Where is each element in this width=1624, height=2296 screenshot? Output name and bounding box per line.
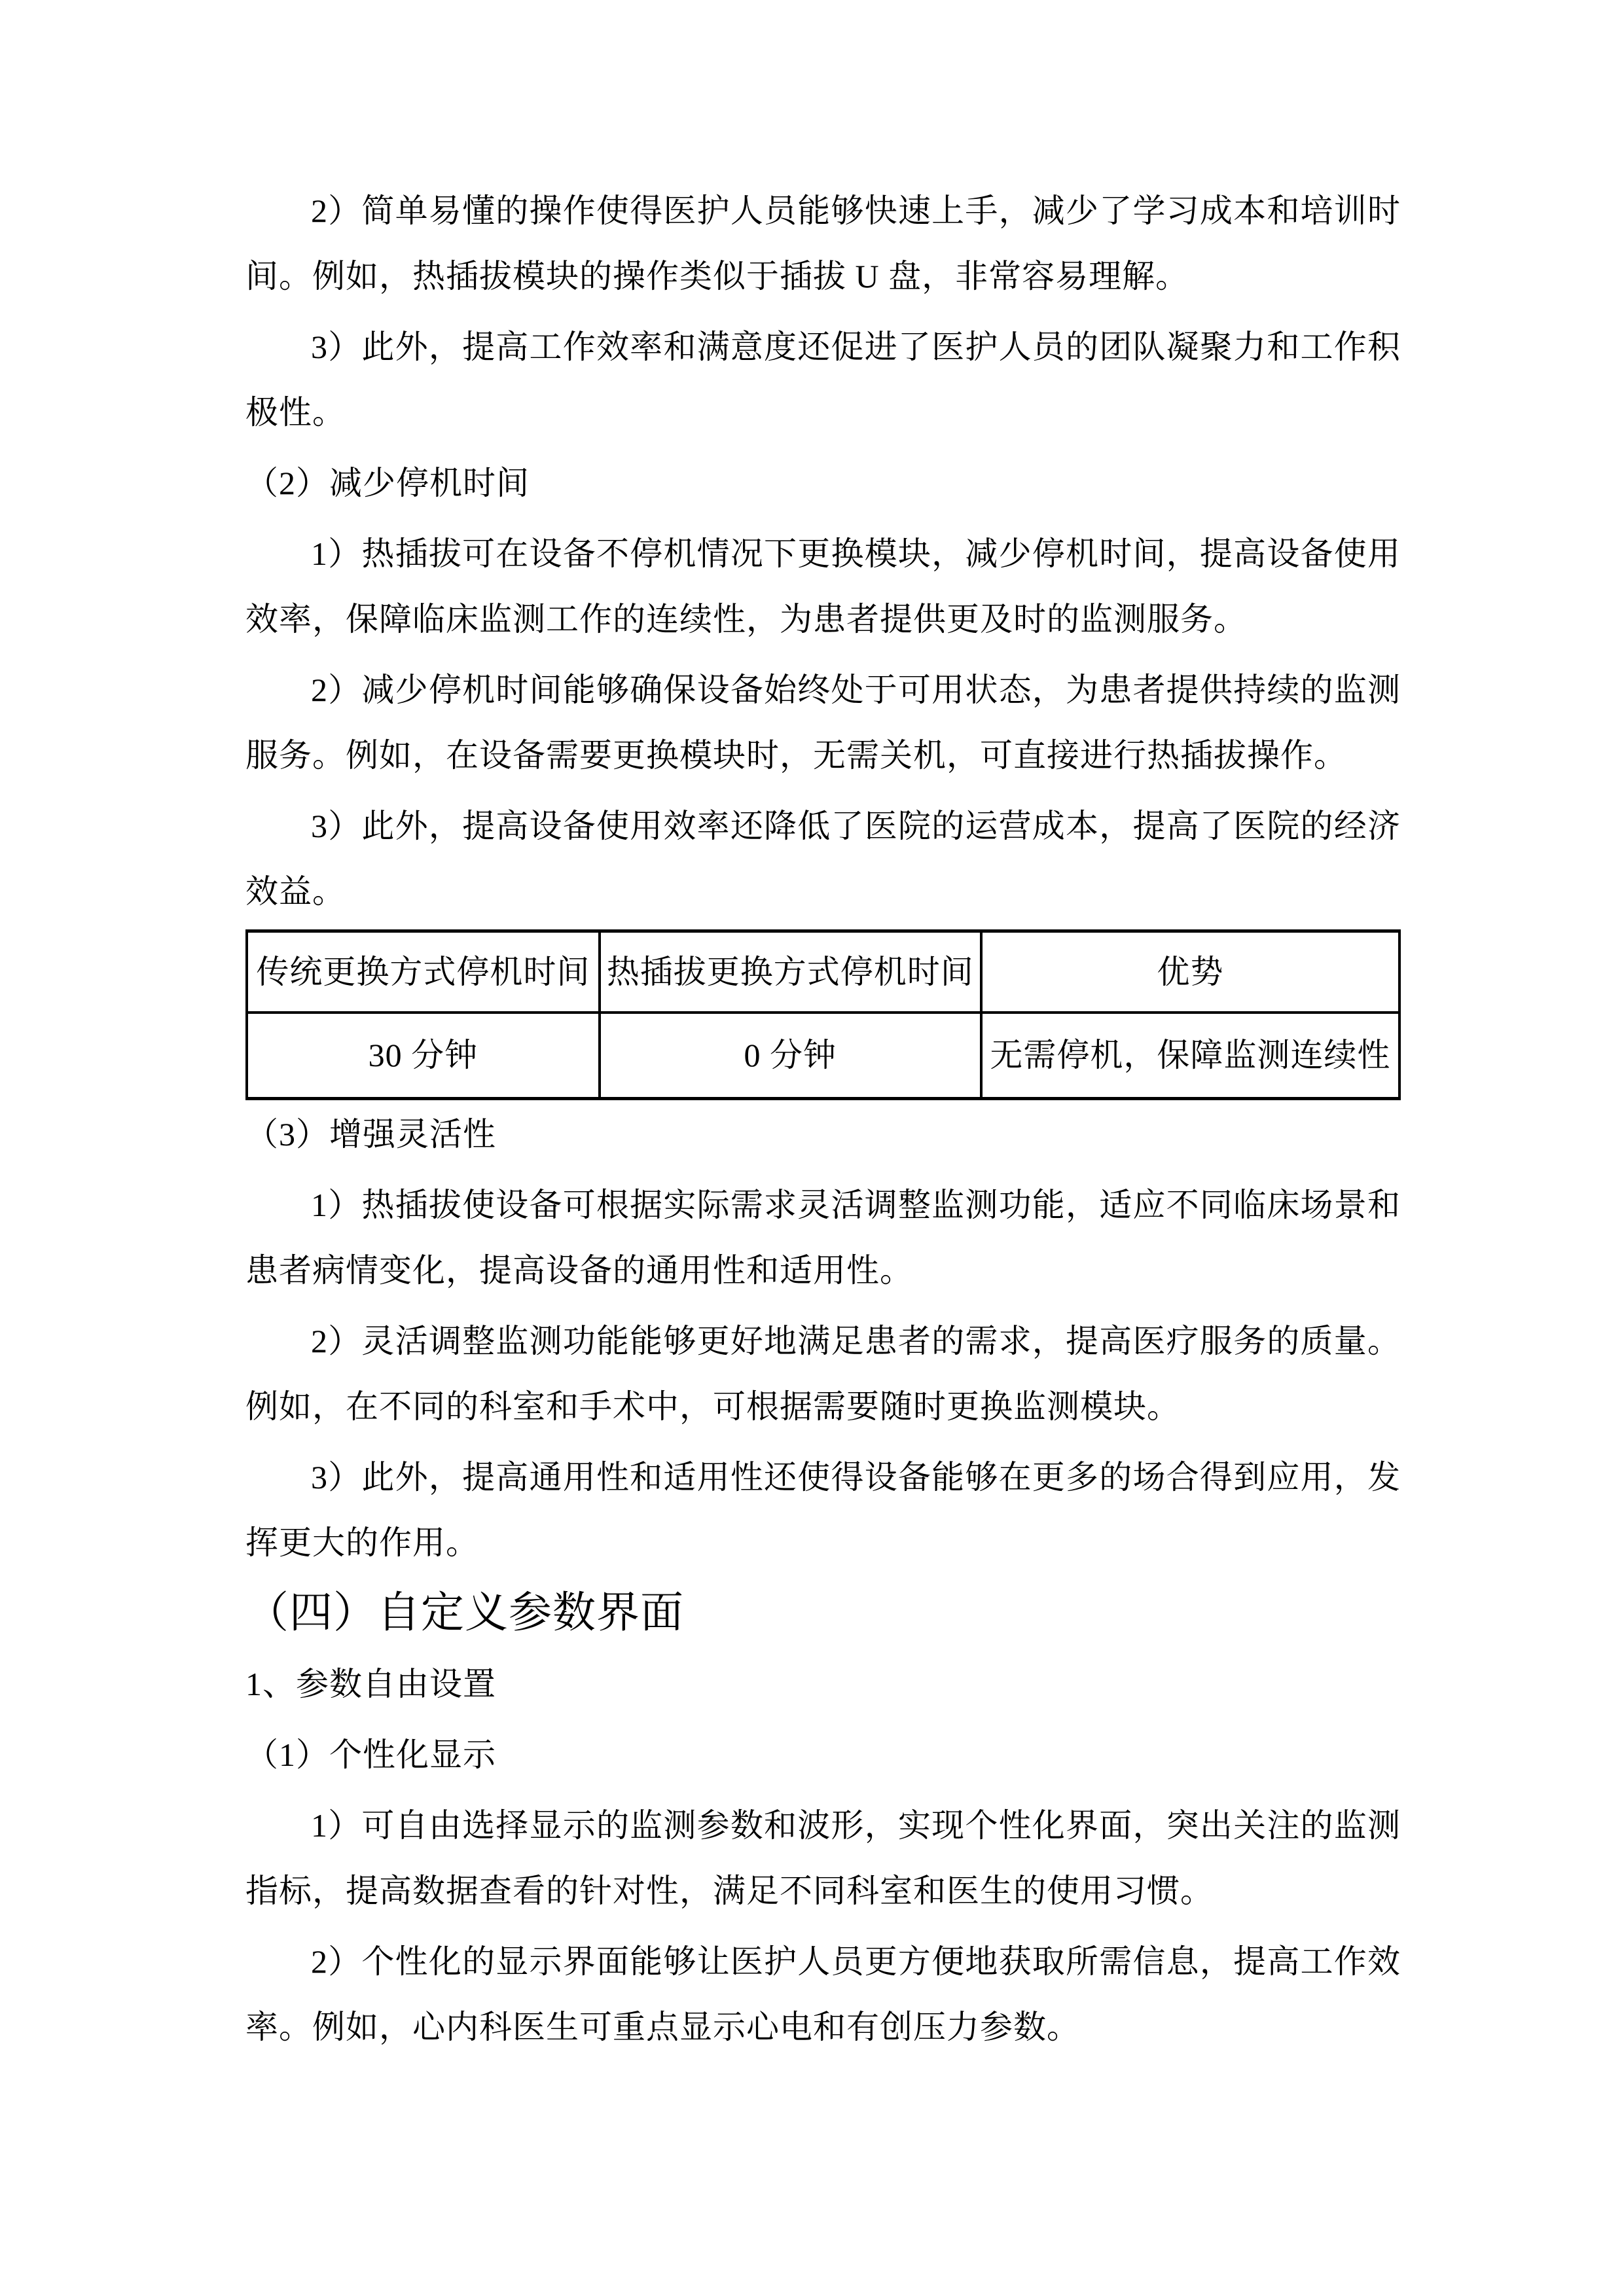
paragraph-line: 1）可自由选择显示的监测参数和波形，实现个性化界面，突出关注的监测 [245,1793,1401,1858]
paragraph-line: 3）此外，提高设备使用效率还降低了医院的运营成本，提高了医院的经济 [245,793,1401,859]
paragraph-line: 1）热插拔使设备可根据实际需求灵活调整监测功能，适应不同临床场景和 [245,1172,1401,1238]
paragraph-line: 率。例如，心内科医生可重点显示心电和有创压力参数。 [245,1994,1401,2060]
paragraph-line: 效率，保障临床监测工作的连续性，为患者提供更及时的监测服务。 [245,586,1401,652]
document-page: 2）简单易懂的操作使得医护人员能够快速上手，减少了学习成本和培训时 间。例如，热… [0,0,1624,2296]
table-row: 30 分钟 0 分钟 无需停机，保障监测连续性 [247,1013,1399,1099]
table-header-cell: 传统更换方式停机时间 [247,931,600,1013]
paragraph-line: 指标，提高数据查看的针对性，满足不同科室和医生的使用习惯。 [245,1858,1401,1924]
table-cell: 0 分钟 [600,1013,981,1099]
paragraph-line: 2）灵活调整监测功能能够更好地满足患者的需求，提高医疗服务的质量。 [245,1308,1401,1374]
paragraph-line: 例如，在不同的科室和手术中，可根据需要随时更换监测模块。 [245,1374,1401,1439]
subsection-heading: （3）增强灵活性 [245,1102,1401,1167]
subsection-heading: （2）减少停机时间 [245,450,1401,516]
paragraph-line: 1）热插拔可在设备不停机情况下更换模块，减少停机时间，提高设备使用 [245,521,1401,586]
paragraph-line: 间。例如，热插拔模块的操作类似于插拔 U 盘，非常容易理解。 [245,243,1401,309]
table-header-cell: 热插拔更换方式停机时间 [600,931,981,1013]
document-content: 2）简单易懂的操作使得医护人员能够快速上手，减少了学习成本和培训时 间。例如，热… [0,0,1624,2296]
paragraph-line: 挥更大的作用。 [245,1510,1401,1575]
subsection-heading: 1、参数自由设置 [245,1651,1401,1717]
table-cell: 无需停机，保障监测连续性 [981,1013,1399,1099]
paragraph-line: 效益。 [245,859,1401,924]
paragraph-line: 2）个性化的显示界面能够让医护人员更方便地获取所需信息，提高工作效 [245,1929,1401,1994]
table-header-cell: 优势 [981,931,1399,1013]
paragraph-line: 患者病情变化，提高设备的通用性和适用性。 [245,1238,1401,1303]
section-heading: （四）自定义参数界面 [245,1581,1401,1646]
paragraph-line: 3）此外，提高通用性和适用性还使得设备能够在更多的场合得到应用，发 [245,1444,1401,1510]
paragraph-line: 3）此外，提高工作效率和满意度还促进了医护人员的团队凝聚力和工作积 [245,314,1401,380]
table-header-row: 传统更换方式停机时间 热插拔更换方式停机时间 优势 [247,931,1399,1013]
comparison-table: 传统更换方式停机时间 热插拔更换方式停机时间 优势 30 分钟 0 分钟 无需停… [245,929,1401,1100]
paragraph-line: 极性。 [245,380,1401,445]
paragraph-line: 2）简单易懂的操作使得医护人员能够快速上手，减少了学习成本和培训时 [245,178,1401,243]
table-cell: 30 分钟 [247,1013,600,1099]
paragraph-line: 服务。例如，在设备需要更换模块时，无需关机，可直接进行热插拔操作。 [245,723,1401,788]
paragraph-line: 2）减少停机时间能够确保设备始终处于可用状态，为患者提供持续的监测 [245,657,1401,723]
subsection-heading: （1）个性化显示 [245,1722,1401,1787]
